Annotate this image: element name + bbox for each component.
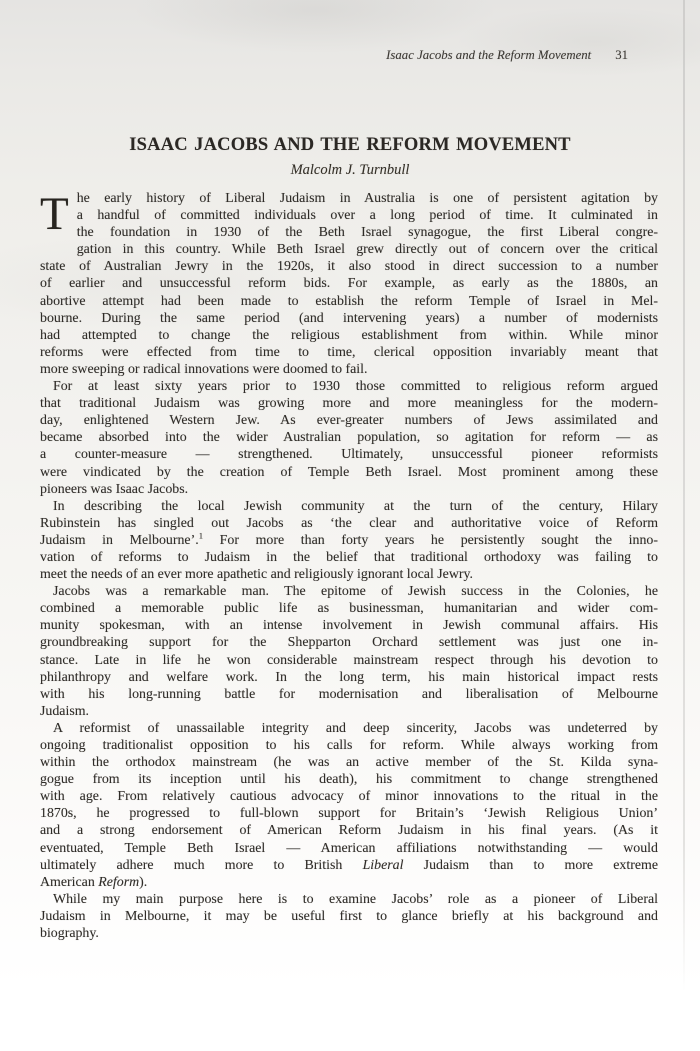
text-line: eventuated, Temple Beth Israel — America… xyxy=(40,840,658,857)
text-segment: he early history of Liberal Judaism in A… xyxy=(77,191,658,206)
text-segment: of earlier and unsuccessful reform bids.… xyxy=(40,276,658,291)
text-segment: ongoing traditionalist opposition to his… xyxy=(40,738,658,753)
text-segment: Jacobs was a remarkable man. The epitome… xyxy=(53,584,658,599)
text-segment: meet the needs of an ever more apathetic… xyxy=(40,567,473,582)
article-author: Malcolm J. Turnbull xyxy=(0,162,700,179)
text-line: ongoing traditionalist opposition to his… xyxy=(40,737,658,754)
text-segment: more sweeping or radical innovations wer… xyxy=(40,362,368,377)
text-line: became absorbed into the wider Australia… xyxy=(40,429,658,446)
text-line: meet the needs of an ever more apathetic… xyxy=(40,566,658,583)
text-line: Rubinstein has singled out Jacobs as ‘th… xyxy=(40,515,658,532)
text-line: ultimately adhere much more to British L… xyxy=(40,857,658,874)
running-header-title: Isaac Jacobs and the Reform Movement xyxy=(386,48,591,63)
text-line: were vindicated by the creation of Templ… xyxy=(40,464,658,481)
text-line: A reformist of unassailable integrity an… xyxy=(40,720,658,737)
article-body: The early history of Liberal Judaism in … xyxy=(40,190,658,942)
text-line: philanthropy and welfare work. In the lo… xyxy=(40,669,658,686)
text-segment: gogue from its inception until his death… xyxy=(40,772,658,787)
text-segment: abortive attempt had been made to establ… xyxy=(40,294,658,309)
text-line: that traditional Judaism was growing mor… xyxy=(40,395,658,412)
text-line: day, enlightened Western Jew. As ever-gr… xyxy=(40,412,658,429)
text-segment: philanthropy and welfare work. In the lo… xyxy=(40,670,658,685)
text-line: Judaism in Melbourne, it may be useful f… xyxy=(40,908,658,925)
paragraph: Jacobs was a remarkable man. The epitome… xyxy=(40,583,658,720)
text-line: Jacobs was a remarkable man. The epitome… xyxy=(40,583,658,600)
text-line: of earlier and unsuccessful reform bids.… xyxy=(40,275,658,292)
text-segment: gation in this country. While Beth Israe… xyxy=(77,242,658,257)
text-segment: stance. Late in life he won considerable… xyxy=(40,653,658,668)
text-segment: bourne. During the same period (and inte… xyxy=(40,311,658,326)
scanned-book-page: Isaac Jacobs and the Reform Movement 31 … xyxy=(0,0,700,1051)
text-line: the foundation in 1930 of the Beth Israe… xyxy=(40,224,658,241)
text-segment: day, enlightened Western Jew. As ever-gr… xyxy=(40,413,658,428)
text-segment: ). xyxy=(139,875,147,890)
text-segment: within the orthodox mainstream (he was a… xyxy=(40,755,658,770)
text-line: a counter-measure — strengthened. Ultima… xyxy=(40,446,658,463)
text-segment: American xyxy=(40,875,98,890)
text-line: vation of reforms to Judaism in the beli… xyxy=(40,549,658,566)
text-line: Judaism. xyxy=(40,703,658,720)
text-segment: with his long-running battle for moderni… xyxy=(40,687,658,702)
text-segment: and a strong endorsement of American Ref… xyxy=(40,823,658,838)
text-line: more sweeping or radical innovations wer… xyxy=(40,361,658,378)
text-line: gogue from its inception until his death… xyxy=(40,771,658,788)
text-line: he early history of Liberal Judaism in A… xyxy=(40,190,658,207)
text-line: reforms were effected from time to time,… xyxy=(40,344,658,361)
text-line: combined a memorable public life as busi… xyxy=(40,600,658,617)
text-segment: Judaism. xyxy=(40,704,89,719)
text-segment: Liberal xyxy=(363,858,404,873)
text-segment: vation of reforms to Judaism in the beli… xyxy=(40,550,658,565)
page-number: 31 xyxy=(615,48,628,63)
text-segment: In describing the local Jewish community… xyxy=(53,499,658,514)
text-segment: ultimately adhere much more to British xyxy=(40,858,363,873)
text-segment: combined a memorable public life as busi… xyxy=(40,601,658,616)
text-segment: For more than forty years he persistentl… xyxy=(203,533,658,548)
text-segment: 1870s, he progressed to full-blown suppo… xyxy=(40,806,658,821)
text-segment: a counter-measure — strengthened. Ultima… xyxy=(40,447,658,462)
text-line: In describing the local Jewish community… xyxy=(40,498,658,515)
running-header: Isaac Jacobs and the Reform Movement 31 xyxy=(0,48,700,63)
text-line: gation in this country. While Beth Israe… xyxy=(40,241,658,258)
text-segment: had attempted to change the religious es… xyxy=(40,328,658,343)
article-title: ISAAC JACOBS AND THE REFORM MOVEMENT xyxy=(0,135,700,156)
text-line: American Reform). xyxy=(40,874,658,891)
text-line: While my main purpose here is to examine… xyxy=(40,891,658,908)
text-line: 1870s, he progressed to full-blown suppo… xyxy=(40,805,658,822)
text-line: munity spokesman, with an intense involv… xyxy=(40,617,658,634)
text-line: abortive attempt had been made to establ… xyxy=(40,293,658,310)
paragraph: The early history of Liberal Judaism in … xyxy=(40,190,658,378)
text-segment: reforms were effected from time to time,… xyxy=(40,345,658,360)
text-segment: biography. xyxy=(40,926,99,941)
text-line: had attempted to change the religious es… xyxy=(40,327,658,344)
text-segment: a handful of committed individuals over … xyxy=(77,208,658,223)
text-line: and a strong endorsement of American Ref… xyxy=(40,822,658,839)
text-line: biography. xyxy=(40,925,658,942)
text-line: For at least sixty years prior to 1930 t… xyxy=(40,378,658,395)
paragraph: A reformist of unassailable integrity an… xyxy=(40,720,658,891)
text-segment: munity spokesman, with an intense involv… xyxy=(40,618,658,633)
text-segment: Rubinstein has singled out Jacobs as ‘th… xyxy=(40,516,658,531)
paragraph: In describing the local Jewish community… xyxy=(40,498,658,583)
text-segment: eventuated, Temple Beth Israel — America… xyxy=(40,841,658,856)
text-segment: the foundation in 1930 of the Beth Israe… xyxy=(77,225,658,240)
text-segment: For at least sixty years prior to 1930 t… xyxy=(53,379,658,394)
text-segment: became absorbed into the wider Australia… xyxy=(40,430,658,445)
text-segment: groundbreaking support for the Shepparto… xyxy=(40,635,658,650)
text-line: Judaism in Melbourne’.1 For more than fo… xyxy=(40,532,658,549)
text-line: bourne. During the same period (and inte… xyxy=(40,310,658,327)
text-line: state of Australian Jewry in the 1920s, … xyxy=(40,258,658,275)
text-segment: Judaism than to more extreme xyxy=(403,858,658,873)
drop-cap: T xyxy=(40,190,77,242)
text-line: a handful of committed individuals over … xyxy=(40,207,658,224)
text-line: groundbreaking support for the Shepparto… xyxy=(40,634,658,651)
text-segment: While my main purpose here is to examine… xyxy=(53,892,658,907)
text-segment: A reformist of unassailable integrity an… xyxy=(53,721,658,736)
text-segment: Judaism in Melbourne’. xyxy=(40,533,199,548)
text-segment: pioneers was Isaac Jacobs. xyxy=(40,482,188,497)
text-segment: with age. From relatively cautious advoc… xyxy=(40,789,658,804)
text-line: with his long-running battle for moderni… xyxy=(40,686,658,703)
text-line: stance. Late in life he won considerable… xyxy=(40,652,658,669)
text-segment: Reform xyxy=(98,875,139,890)
paragraph: While my main purpose here is to examine… xyxy=(40,891,658,942)
text-line: within the orthodox mainstream (he was a… xyxy=(40,754,658,771)
text-segment: that traditional Judaism was growing mor… xyxy=(40,396,658,411)
text-segment: state of Australian Jewry in the 1920s, … xyxy=(40,259,658,274)
text-segment: were vindicated by the creation of Templ… xyxy=(40,465,658,480)
text-segment: Judaism in Melbourne, it may be useful f… xyxy=(40,909,658,924)
paragraph: For at least sixty years prior to 1930 t… xyxy=(40,378,658,498)
text-line: with age. From relatively cautious advoc… xyxy=(40,788,658,805)
text-line: pioneers was Isaac Jacobs. xyxy=(40,481,658,498)
